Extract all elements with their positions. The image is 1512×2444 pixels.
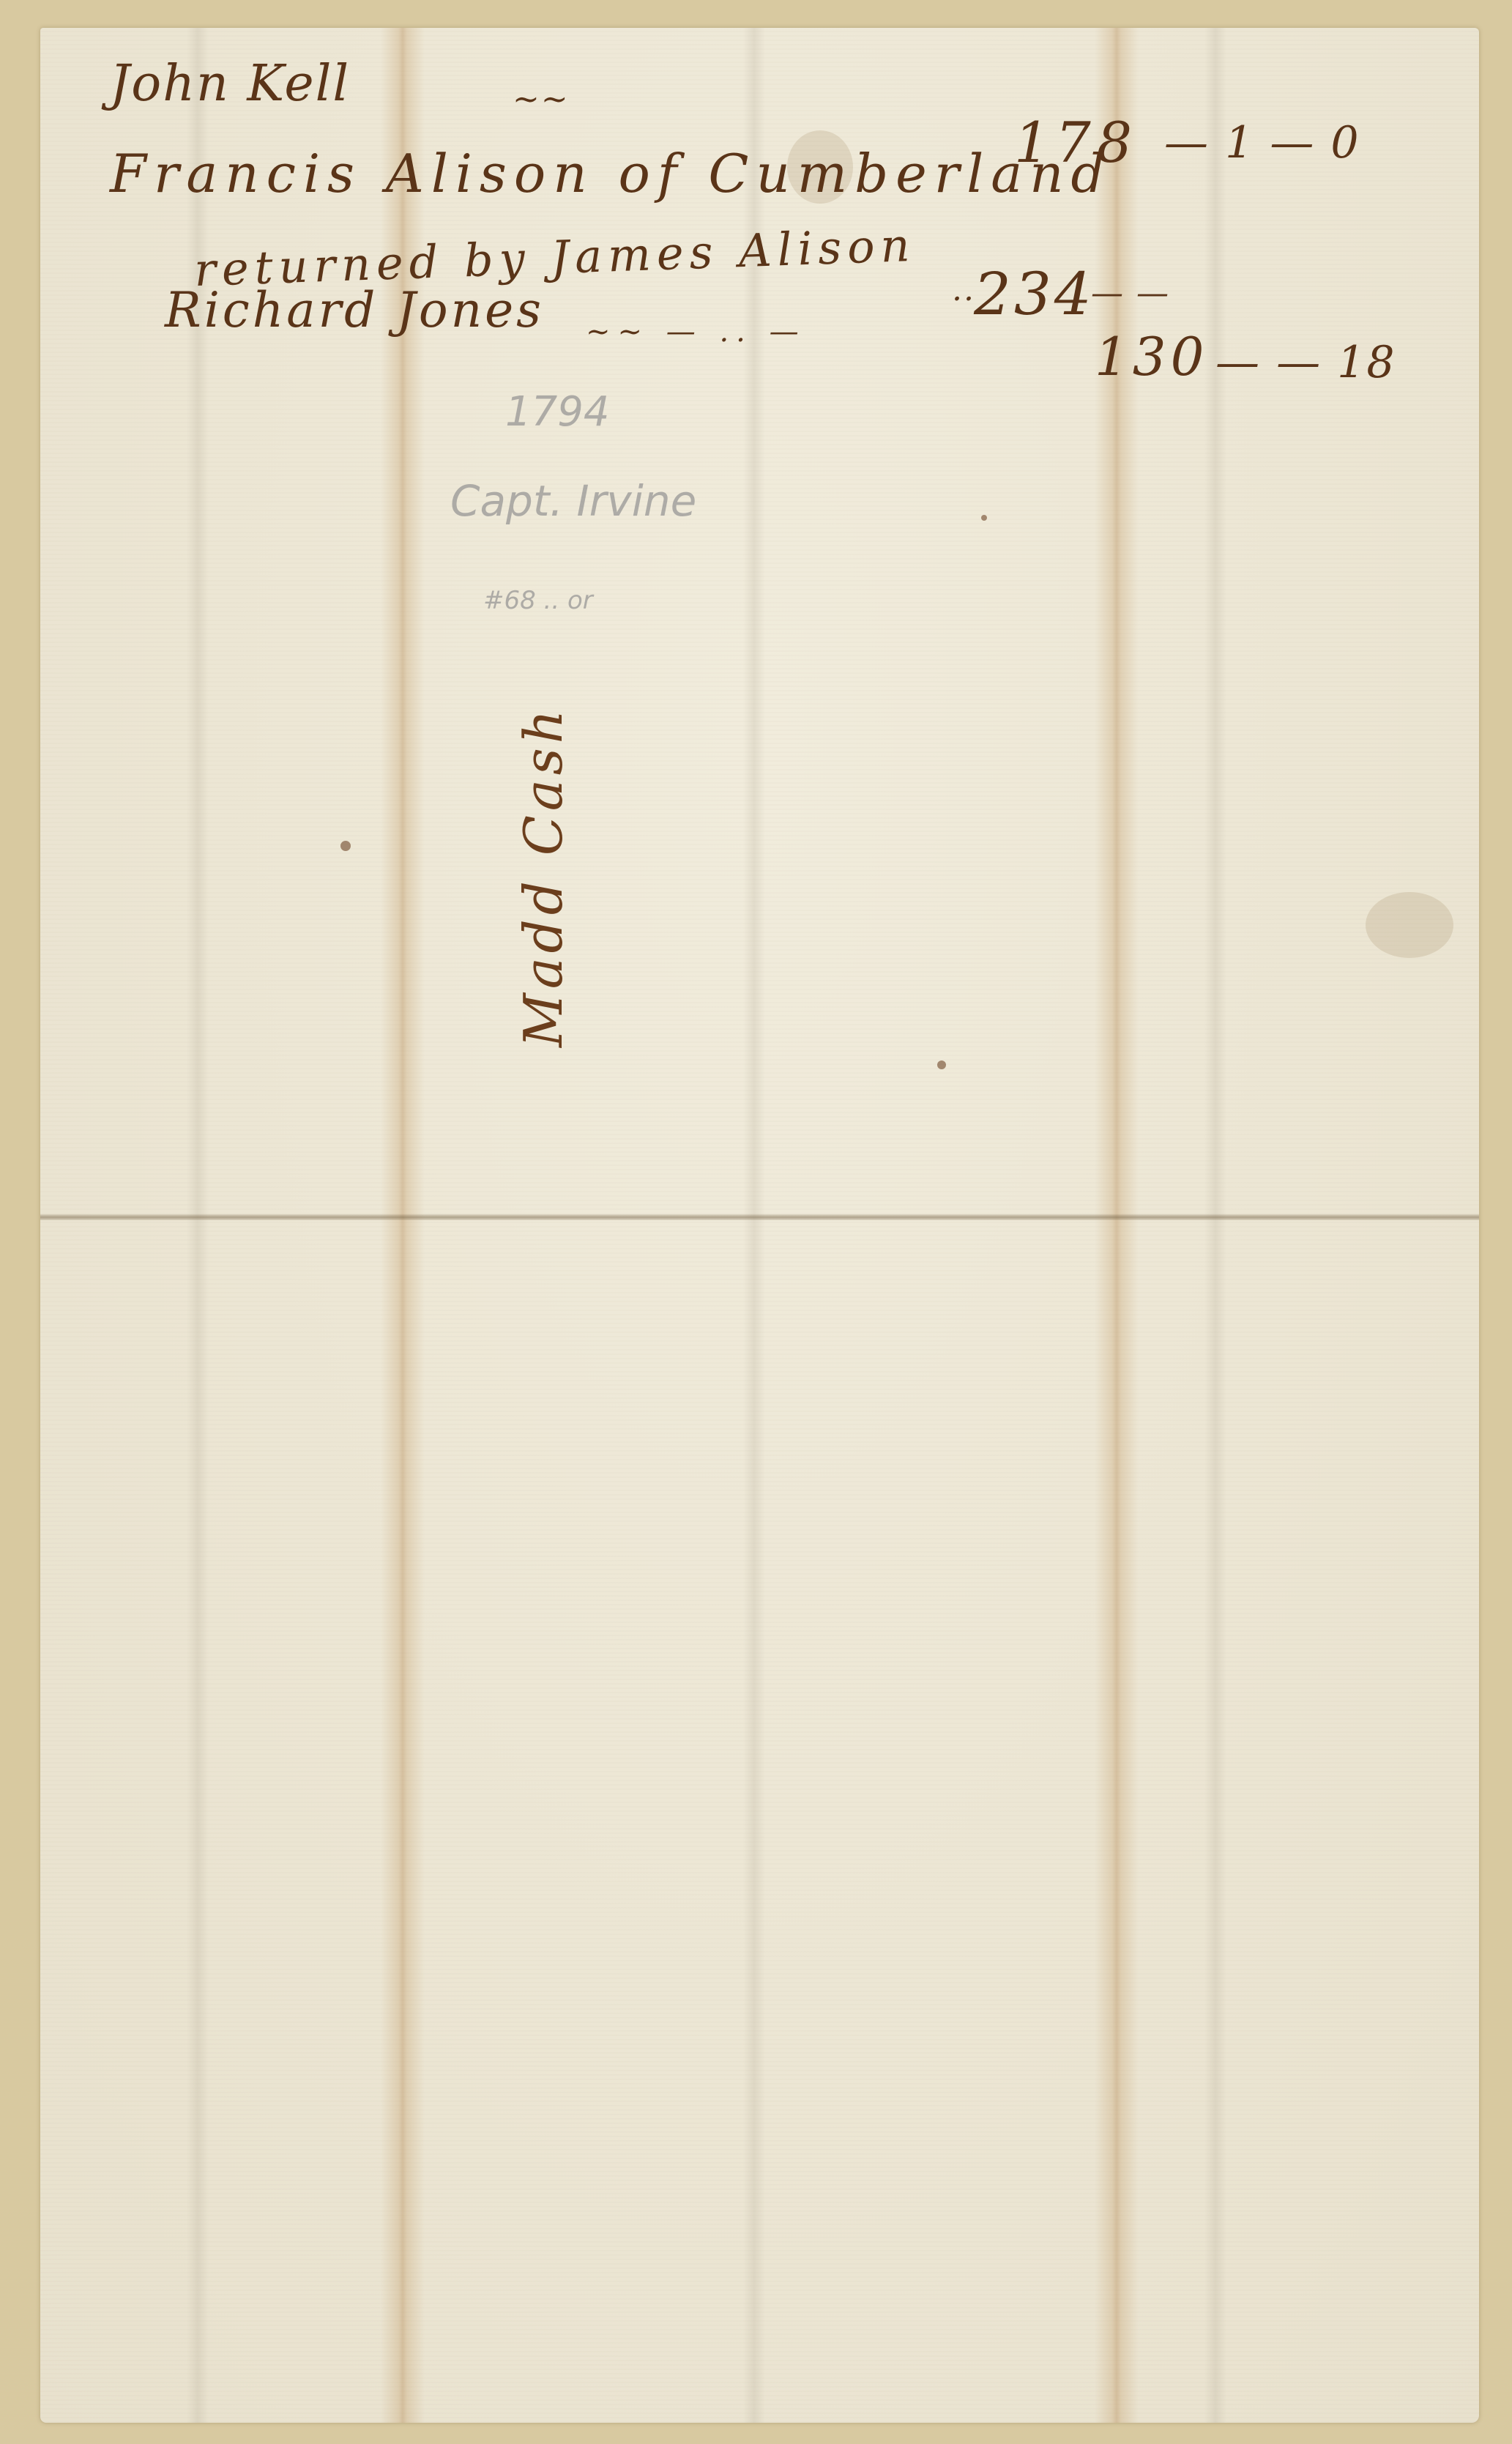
- fold-line-center: [743, 28, 765, 2423]
- water-stain-right: [1366, 892, 1453, 958]
- entry-1-name: John Kell: [110, 55, 350, 113]
- fold-horizontal: [40, 1214, 1479, 1220]
- entry-3-amount: 130: [1095, 326, 1208, 387]
- entry-3-name: Richard Jones: [165, 282, 544, 338]
- entry-3-leader: ~~ — .. —: [586, 315, 806, 349]
- entry-3-tail: — — 18: [1215, 337, 1396, 388]
- ink-spot: [981, 515, 987, 521]
- pencil-note-captain: Capt. Irvine: [450, 476, 696, 526]
- pencil-note-number: #68 .. or: [483, 586, 593, 615]
- ink-spot: [937, 1061, 946, 1069]
- entry-1-tail: — 1 — 0: [1164, 117, 1360, 168]
- vertical-endorsement: Madd Cash: [513, 705, 574, 1047]
- pencil-note-year: 1794: [505, 388, 610, 436]
- entry-1-leader: ~~: [513, 81, 570, 118]
- fold-stain-left: [381, 28, 425, 2423]
- entry-2-amount: 234: [974, 260, 1095, 328]
- ink-spot: [340, 841, 351, 851]
- entry-2-tail: — —: [1091, 275, 1170, 312]
- fold-line-far-left: [187, 28, 209, 2423]
- entry-2-leader: ..: [952, 271, 975, 308]
- entry-2-name: Francis Alison of Cumberland: [110, 143, 1112, 204]
